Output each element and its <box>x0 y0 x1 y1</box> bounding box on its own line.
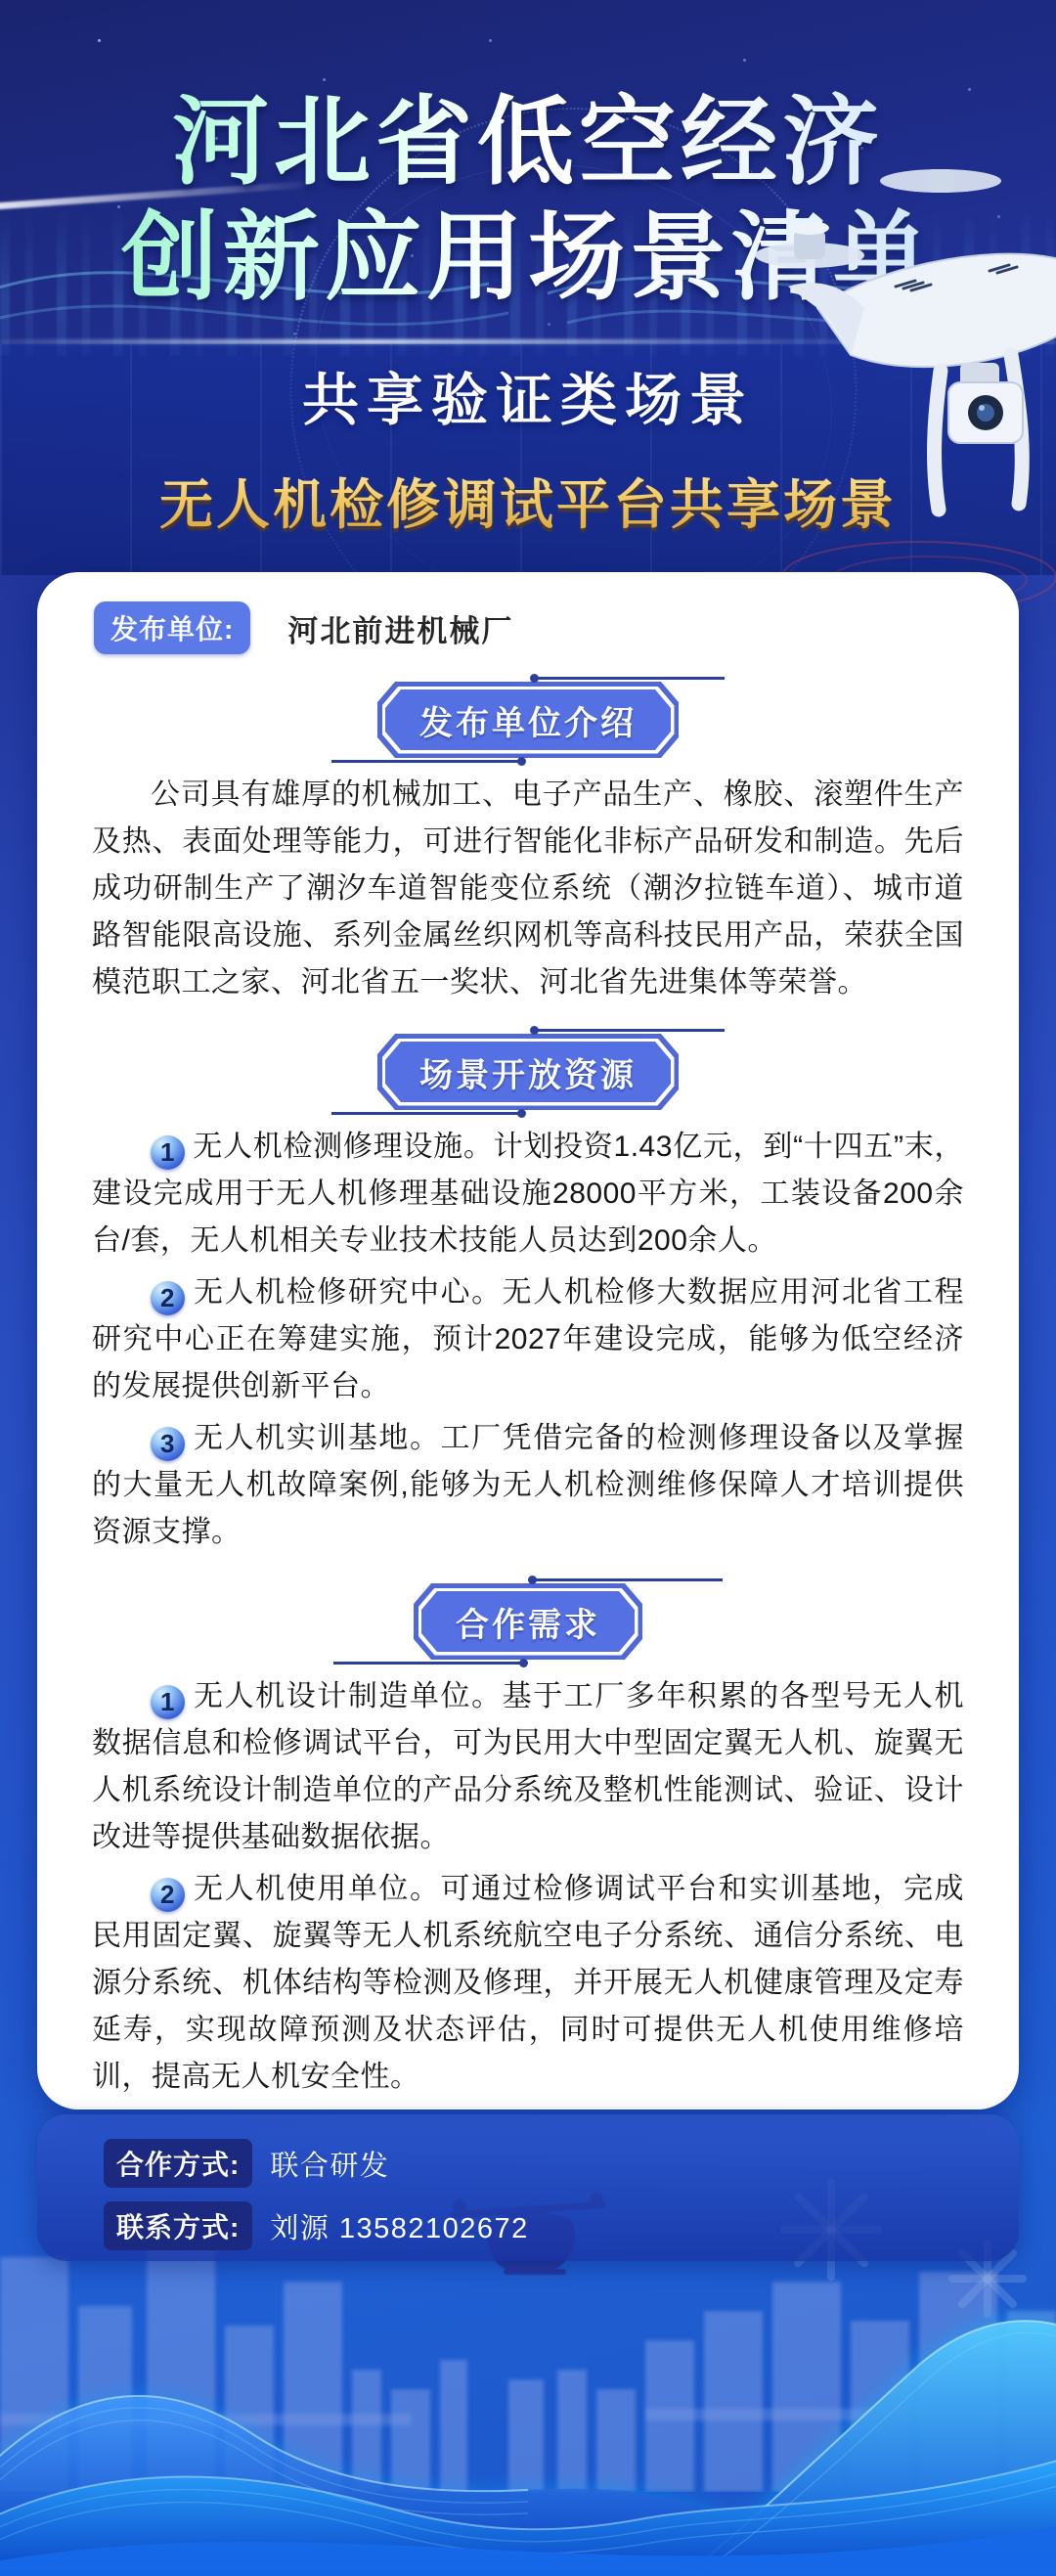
badge-line-top-decoration <box>534 1029 725 1032</box>
resource-item: 1无人机检测修理设施。计划投资1.43亿元，到“十四五”末，建设完成用于无人机修… <box>92 1124 964 1265</box>
drone-icon <box>749 161 1056 562</box>
item-number-icon: 1 <box>151 1135 185 1170</box>
item-number-icon: 2 <box>151 1281 185 1315</box>
section-badge-needs: 合作需求 <box>421 1591 635 1652</box>
resource-item-text: 无人机检修研究中心。无人机检修大数据应用河北省工程研究中心正在筹建实施，预计20… <box>92 1276 964 1402</box>
need-item-text: 无人机使用单位。可通过检修调试平台和实训基地，完成民用固定翼、旋翼等无人机系统航… <box>92 1873 964 2093</box>
contact-card: 合作方式: 联合研发 联系方式: 刘源 13582102672 <box>37 2114 1019 2261</box>
section-badge-intro-label: 发布单位介绍 <box>385 689 671 750</box>
coop-value: 联合研发 <box>270 2144 389 2184</box>
need-item: 1无人机设计制造单位。基于工厂多年积累的各型号无人机数据信息和检修调试平台，可为… <box>92 1673 964 1861</box>
intro-paragraph: 公司具有雄厚的机械加工、电子产品生产、橡胶、滚塑件生产及热、表面处理等能力，可进… <box>92 772 964 1006</box>
publisher-label-badge: 发布单位: <box>94 601 250 654</box>
poster-page: 河北省低空经济 创新应用场景清单 共享验证类场景 无人机检修调试平台共享场景 <box>0 0 1056 2576</box>
need-item: 3无人机科研院所。可为其提供科研创新产品及技术的验证平台，促进成果转化效率提升。 <box>92 2106 964 2110</box>
need-item: 2无人机使用单位。可通过检修调试平台和实训基地，完成民用固定翼、旋翼等无人机系统… <box>92 1866 964 2101</box>
content-card: 发布单位: 河北前进机械厂 发布单位介绍 公司具有雄厚的机械加工、电子产品生产、… <box>37 572 1019 2110</box>
badge-line-top-decoration <box>534 677 725 680</box>
badge-line-top-decoration <box>532 1578 723 1581</box>
item-number-icon: 1 <box>151 1685 185 1719</box>
resource-item: 3无人机实训基地。工厂凭借完备的检测修理设备以及掌握的大量无人机故障案例,能够为… <box>92 1415 964 1556</box>
contact-label-badge: 联系方式: <box>104 2201 252 2250</box>
publisher-row: 发布单位: 河北前进机械厂 <box>94 601 964 654</box>
coop-label-badge: 合作方式: <box>104 2139 252 2188</box>
section-badge-needs-label: 合作需求 <box>421 1591 635 1652</box>
contact-value: 刘源 13582102672 <box>270 2206 528 2246</box>
badge-line-bottom-decoration <box>333 1662 524 1665</box>
section-badge-resources: 场景开放资源 <box>385 1042 671 1102</box>
wave-decoration <box>0 2288 1056 2576</box>
resource-item-text: 无人机实训基地。工厂凭借完备的检测修理设备以及掌握的大量无人机故障案例,能够为无… <box>92 1422 964 1548</box>
badge-line-bottom-decoration <box>331 1112 522 1115</box>
section-badge-resources-label: 场景开放资源 <box>385 1042 671 1102</box>
resource-item: 2无人机检修研究中心。无人机检修大数据应用河北省工程研究中心正在筹建实施，预计2… <box>92 1269 964 1410</box>
publisher-value: 河北前进机械厂 <box>287 606 513 650</box>
coop-row: 合作方式: 联合研发 <box>104 2139 952 2188</box>
star-dots-decoration <box>98 39 101 42</box>
item-number-icon: 3 <box>151 1427 185 1461</box>
need-item-text: 无人机设计制造单位。基于工厂多年积累的各型号无人机数据信息和检修调试平台，可为民… <box>92 1680 964 1853</box>
item-number-icon: 2 <box>151 1878 185 1912</box>
section-badge-intro: 发布单位介绍 <box>385 689 671 750</box>
contact-row: 联系方式: 刘源 13582102672 <box>104 2201 952 2250</box>
resource-item-text: 无人机检测修理设施。计划投资1.43亿元，到“十四五”末，建设完成用于无人机修理… <box>92 1131 964 1257</box>
badge-line-bottom-decoration <box>331 760 522 763</box>
